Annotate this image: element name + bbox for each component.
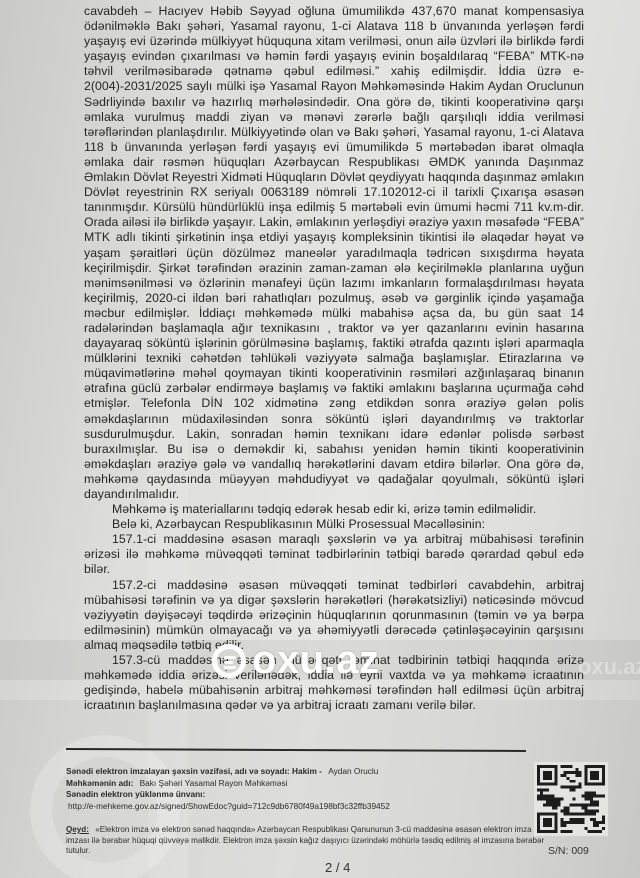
serial-number: S/N: 009 — [548, 845, 589, 857]
document-body: cavabdeh – Hacıyev Həbib Səyyad oğluna ü… — [84, 4, 584, 713]
court-row: Məhkəmənin adı: Bakı Şəhəri Yasamal Rayo… — [66, 778, 526, 790]
oxu-logo-icon — [212, 644, 246, 678]
note-text: «Elektron imza və elektron sənəd haqqınd… — [66, 825, 544, 855]
signature-block: Sənədi elektron imzalayan şəxsin vəzifəs… — [66, 766, 526, 812]
document-url[interactable]: http://e-mehkeme.gov.az/signed/ShowEdoc?… — [66, 801, 526, 813]
paragraph: cavabdeh – Hacıyev Həbib Səyyad oğluna ü… — [84, 4, 584, 502]
qr-code-icon — [534, 762, 608, 836]
watermark-text: oxu.az — [252, 638, 379, 683]
note-label: Qeyd: — [66, 825, 89, 834]
footer-divider — [66, 748, 526, 752]
paragraph: 157.1-ci maddəsinə əsasən maraqlı şəxslə… — [84, 532, 584, 577]
url-label: Sənədin elektron yüklənmə ünvanı: — [66, 789, 205, 799]
signer-row: Sənədi elektron imzalayan şəxsin vəzifəs… — [66, 766, 526, 778]
court-name: Bakı Şəhəri Yasamal Rayon Məhkəməsi — [140, 778, 288, 788]
paragraph: Belə ki, Azərbaycan Respublikasının Mülk… — [84, 517, 584, 532]
court-label: Məhkəmənin adı: — [66, 778, 133, 788]
document-page: cavabdeh – Hacıyev Həbib Səyyad oğluna ü… — [0, 0, 640, 878]
signer-name: Aydan Oruclu — [328, 766, 378, 776]
paragraph: Məhkəmə iş materiallarını tədqiq edərək … — [84, 502, 584, 517]
page-number: 2 / 4 — [325, 860, 350, 875]
signer-label: Sənədi elektron imzalayan şəxsin vəzifəs… — [66, 766, 322, 776]
watermark-logo: oxu.az — [212, 638, 379, 683]
url-label-row: Sənədin elektron yüklənmə ünvanı: — [66, 789, 526, 801]
watermark-fragment: oxu.az — [578, 654, 640, 680]
legal-note: Qeyd: «Elektron imza və elektron sənəd h… — [66, 825, 546, 857]
